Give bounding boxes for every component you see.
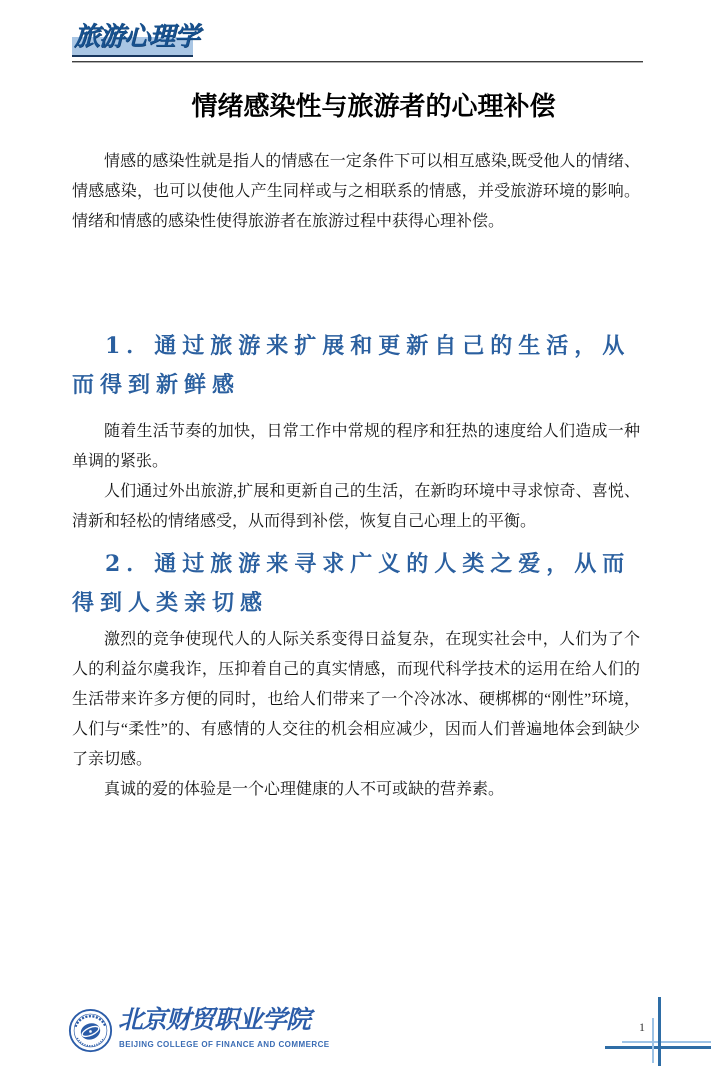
intro-paragraph: 情感的感染性就是指人的情感在一定条件下可以相互感染,既受他人的情绪、情感感染，也… [72, 147, 640, 237]
header-divider-rule [72, 61, 643, 63]
brand-logo-text: 旅游心理学 [74, 22, 199, 52]
page-number: 1 [633, 1019, 651, 1035]
section-2-heading: 2．通过旅游来寻求广义的人类之爱，从而得到人类亲切感 [72, 545, 640, 623]
college-name-en: BEIJING COLLEGE OF FINANCE AND COMMERCE [119, 1040, 330, 1049]
article-title: 情绪感染性与旅游者的心理补偿 [0, 90, 711, 122]
footer-deco-line-light-horizontal [622, 1041, 711, 1043]
college-name-cn: 北京财贸职业学院 [118, 1002, 310, 1038]
document-page: 旅游心理学 情绪感染性与旅游者的心理补偿 情感的感染性就是指人的情感在一定条件下… [0, 0, 711, 1066]
section-2-paragraph-1: 激烈的竞争使现代人的人际关系变得日益复杂，在现实社会中，人们为了个人的利益尔虞我… [72, 625, 640, 775]
article-body: 情感的感染性就是指人的情感在一定条件下可以相互感染,既受他人的情绪、情感感染，也… [72, 147, 640, 805]
section-2-paragraph-2: 真诚的爱的体验是一个心理健康的人不可或缺的营养素。 [72, 775, 640, 805]
footer-deco-line-light-vertical [652, 1018, 654, 1063]
section-1-paragraph-2: 人们通过外出旅游,扩展和更新自己的生活，在新昀环境中寻求惊奇、喜悦、清新和轻松的… [72, 477, 640, 537]
section-1-heading: 1．通过旅游来扩展和更新自己的生活，从而得到新鲜感 [72, 327, 640, 405]
college-seal-icon [68, 1008, 113, 1053]
section-1-paragraph-1: 随着生活节奏的加快，日常工作中常规的程序和狂热的速度给人们造成一种单调的紧张。 [72, 417, 640, 477]
footer-deco-line-dark-vertical [658, 997, 661, 1066]
